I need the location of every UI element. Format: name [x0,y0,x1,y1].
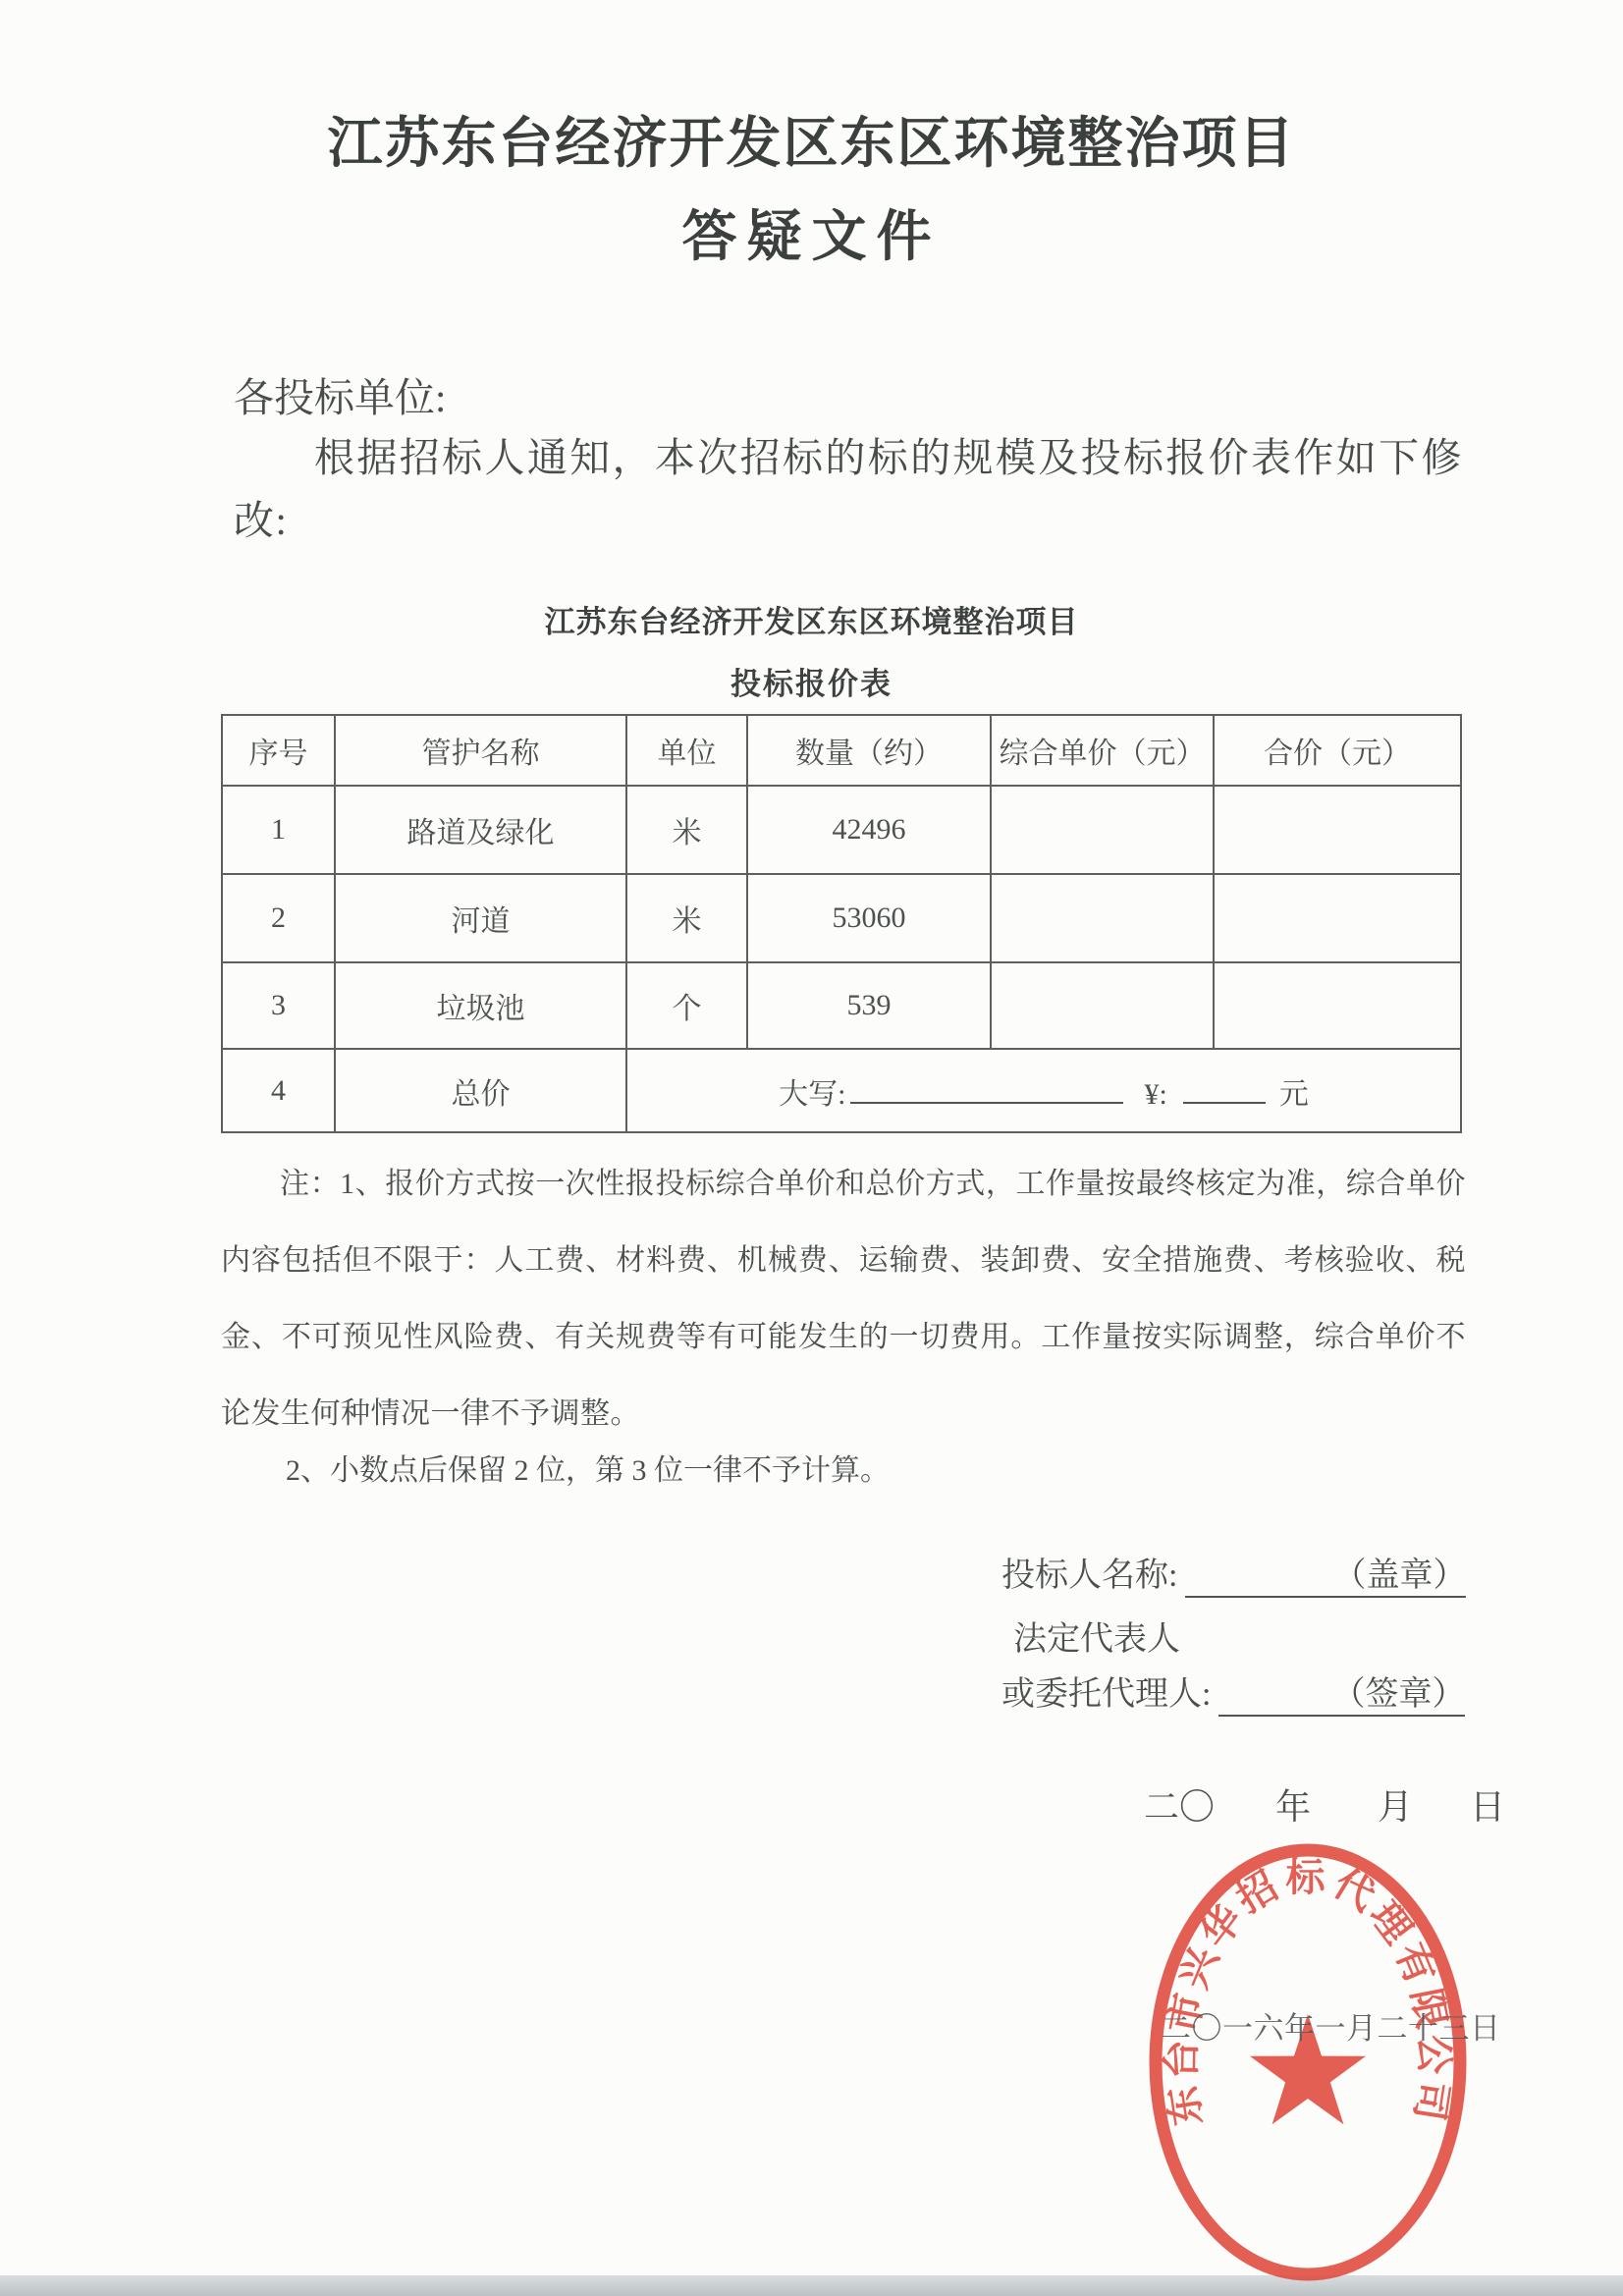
cell-seq: 4 [222,1049,335,1132]
amount-in-figures-blank [1183,1102,1266,1104]
note-2: 2、小数点后保留 2 位，第 3 位一律不予计算。 [286,1446,890,1489]
blank-date-line: 二〇年月日 [1144,1779,1505,1830]
date-month-label: 月 [1378,1787,1413,1827]
cell-total-amount: 大写:¥:元 [626,1049,1461,1132]
amount-in-words-blank [850,1102,1123,1104]
bidder-name-label: 投标人名称: [1001,1558,1177,1594]
salutation: 各投标单位: [234,365,446,423]
agent-line: 或委托代理人:（签章） [1001,1667,1465,1717]
cell-unit: 个 [626,962,747,1049]
date-year-label: 年 [1275,1787,1311,1827]
scanned-document-page: 江苏东台经济开发区东区环境整治项目 答疑文件 各投标单位: 根据招标人通知，本次… [0,0,1623,2296]
yuan-symbol: ¥: [1145,1078,1167,1111]
table-caption-project: 江苏东台经济开发区东区环境整治项目 [0,597,1623,641]
intro-paragraph: 根据招标人通知，本次招标的标的规模及投标报价表作如下修改: [234,426,1463,552]
cell-seq: 2 [222,874,335,962]
header-unit-price: 综合单价（元） [991,715,1214,786]
cell-unit-price [991,786,1214,874]
yuan-suffix: 元 [1279,1078,1309,1111]
header-total-price: 合价（元） [1214,715,1461,786]
table-header-row: 序号 管护名称 单位 数量（约） 综合单价（元） 合价（元） [222,715,1461,786]
document-title-line2: 答疑文件 [0,193,1623,272]
cell-unit-price [991,874,1214,962]
legal-representative-line: 法定代表人 [1013,1612,1180,1660]
legal-representative-label: 法定代表人 [1013,1621,1180,1658]
header-item-name: 管护名称 [335,715,626,786]
table-row: 2 河道 米 53060 [222,874,1461,962]
cell-total-price [1214,874,1461,962]
header-unit: 单位 [626,715,747,786]
company-seal-stamp: 东台市兴华招标代理有限公司 [1139,1839,1481,2289]
cell-total-price [1214,786,1461,874]
date-era: 二〇 [1144,1787,1215,1827]
header-seq: 序号 [222,715,335,786]
seal-svg: 东台市兴华招标代理有限公司 [1139,1839,1481,2289]
cell-quantity: 53060 [747,874,991,962]
agent-blank: （签章） [1218,1667,1465,1717]
cell-quantity: 539 [747,962,991,1049]
cell-item-name: 路道及绿化 [335,786,626,874]
table-row: 3 垃圾池 个 539 [222,962,1461,1049]
bidder-name-line: 投标人名称:（盖章） [1001,1548,1466,1598]
table-row: 1 路道及绿化 米 42496 [222,786,1461,874]
bidder-name-blank: （盖章） [1185,1548,1466,1598]
daxie-label: 大写: [779,1078,845,1111]
note-1: 注：1、报价方式按一次性报投标综合单价和总价方式，工作量按最终核定为准，综合单价… [221,1146,1466,1452]
issue-date: 二〇一六年一月二十三日 [1161,2003,1501,2048]
bid-quotation-table: 序号 管护名称 单位 数量（约） 综合单价（元） 合价（元） 1 路道及绿化 米… [221,714,1462,1133]
document-title-line1: 江苏东台经济开发区东区环境整治项目 [0,100,1623,179]
cell-unit-price [991,962,1214,1049]
cell-item-name: 河道 [335,874,626,962]
sign-note: （签章） [1331,1676,1465,1713]
cell-item-name: 垃圾池 [335,962,626,1049]
agent-label: 或委托代理人: [1001,1676,1211,1713]
cell-unit: 米 [626,786,747,874]
cell-unit: 米 [626,874,747,962]
cell-seq: 3 [222,962,335,1049]
cell-total-price [1214,962,1461,1049]
cell-quantity: 42496 [747,786,991,874]
header-quantity: 数量（约） [747,715,991,786]
date-day-label: 日 [1470,1787,1505,1827]
table-total-row: 4 总价 大写:¥:元 [222,1049,1461,1132]
table-caption-quote-sheet: 投标报价表 [0,659,1623,703]
seal-note: （盖章） [1332,1558,1466,1594]
cell-total-label: 总价 [335,1049,626,1132]
cell-seq: 1 [222,786,335,874]
